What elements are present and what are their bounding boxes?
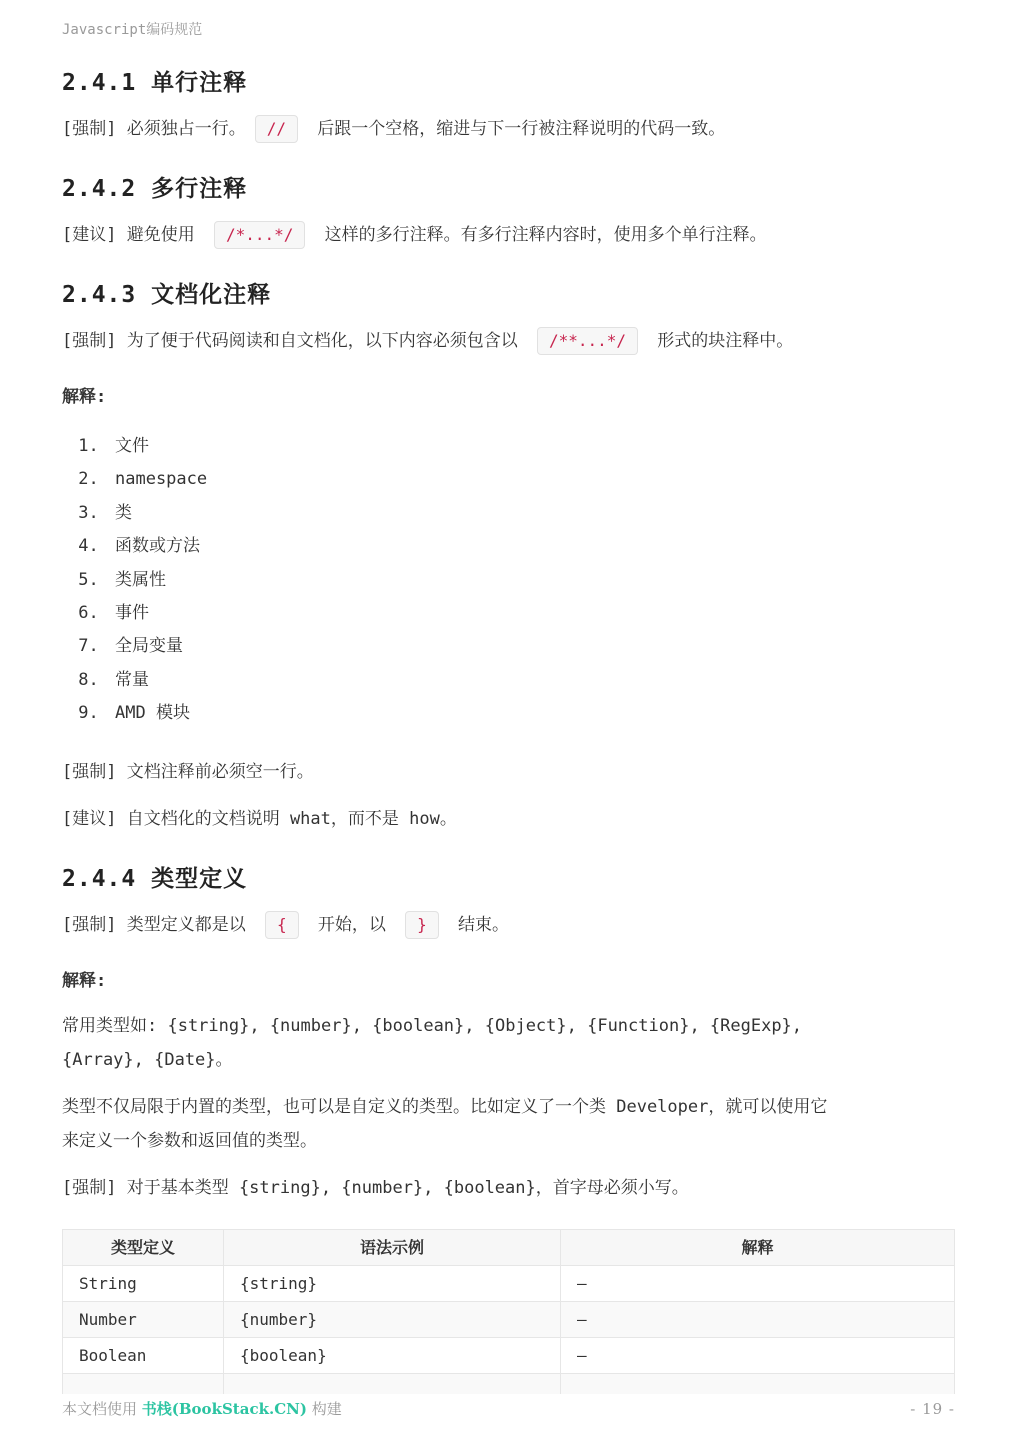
page: { "colors": { "accent_green": "#2cc4a2",… [0,0,1019,1440]
inline-code-slash-comment: // [255,115,298,143]
bookstack-link[interactable]: 书栈(BookStack.CN) [142,1400,307,1418]
table-row: Boolean {boolean} — [63,1337,955,1373]
table-row: Number {number} — [63,1301,955,1337]
table-header-cell: 类型定义 [63,1229,224,1265]
explain-label: 解释: [62,382,955,412]
table-header-cell: 语法示例 [224,1229,561,1265]
table-cell: {number} [224,1301,561,1337]
table-row-clipped [63,1373,955,1394]
paragraph-common-types: 常用类型如: {string}, {number}, {boolean}, {O… [62,1009,955,1077]
rule-text: 结束。 [448,915,509,935]
rule-text: [强制] 类型定义都是以 [62,915,256,935]
list-item: namespace [109,463,955,496]
table-header-row: 类型定义 语法示例 解释 [63,1229,955,1265]
paragraph-doc-comment: [强制] 为了便于代码阅读和自文档化，以下内容必须包含以 /**...*/ 形式… [62,324,955,358]
footer-suffix: 构建 [307,1400,342,1418]
list-item: 事件 [109,597,955,630]
paragraph-single-line-comment: [强制] 必须独占一行。// 后跟一个空格，缩进与下一行被注释说明的代码一致。 [62,112,955,146]
rule-text: [强制] 为了便于代码阅读和自文档化，以下内容必须包含以 [62,331,528,351]
section-heading-2-4-3: 2.4.3 文档化注释 [62,279,955,311]
inline-code-doc-comment: /**...*/ [537,327,638,355]
table-cell: — [561,1301,955,1337]
rule-text: 后跟一个空格，缩进与下一行被注释说明的代码一致。 [307,119,725,139]
paragraph-type-definition-rule: [强制] 类型定义都是以 { 开始，以 } 结束。 [62,908,955,942]
running-header: Javascript编码规范 [62,0,955,40]
explanation-list: 文件 namespace 类 函数或方法 类属性 事件 全局变量 常量 AMD … [62,430,955,731]
table-cell: Number [63,1301,224,1337]
inline-code-block-comment: /*...*/ [214,221,305,249]
type-definition-table: 类型定义 语法示例 解释 String {string} — Number {n… [62,1229,955,1394]
section-heading-2-4-4: 2.4.4 类型定义 [62,863,955,895]
table-cell: Boolean [63,1337,224,1373]
page-footer: 本文档使用 书栈(BookStack.CN) 构建 - 19 - [62,1398,955,1419]
table-cell: {boolean} [224,1337,561,1373]
page-content: Javascript编码规范 2.4.1 单行注释 [强制] 必须独占一行。//… [0,0,1019,1394]
footer-build-note: 本文档使用 书栈(BookStack.CN) 构建 [62,1398,342,1419]
rule-text: [强制] 必须独占一行。 [62,119,246,139]
paragraph-blank-line-rule: [强制] 文档注释前必须空一行。 [62,755,955,789]
footer-prefix: 本文档使用 [62,1400,142,1418]
list-item: 全局变量 [109,630,955,663]
list-item: 类 [109,497,955,530]
type-definition-table-wrap: 类型定义 语法示例 解释 String {string} — Number {n… [62,1229,955,1394]
inline-code-open-brace: { [265,911,299,939]
rule-text: 开始，以 [308,915,396,935]
list-item: 类属性 [109,564,955,597]
table-cell: String [63,1265,224,1301]
common-types-line1: 常用类型如: {string}, {number}, {boolean}, {O… [62,1016,802,1036]
paragraph-custom-types: 类型不仅局限于内置的类型，也可以是自定义的类型。比如定义了一个类 Develop… [62,1090,955,1158]
explain-label: 解释: [62,966,955,996]
table-cell: {string} [224,1265,561,1301]
list-item: 文件 [109,430,955,463]
paragraph-multi-line-comment: [建议] 避免使用 /*...*/ 这样的多行注释。有多行注释内容时，使用多个单… [62,218,955,252]
paragraph-lowercase-rule: [强制] 对于基本类型 {string}, {number}, {boolean… [62,1171,955,1205]
table-cell: — [561,1265,955,1301]
table-cell: — [561,1337,955,1373]
inline-code-close-brace: } [405,911,439,939]
paragraph-what-not-how: [建议] 自文档化的文档说明 what，而不是 how。 [62,802,955,836]
custom-types-line2: 来定义一个参数和返回值的类型。 [62,1131,317,1151]
section-heading-2-4-1: 2.4.1 单行注释 [62,67,955,99]
rule-text: 形式的块注释中。 [647,331,793,351]
table-row: String {string} — [63,1265,955,1301]
custom-types-line1: 类型不仅局限于内置的类型，也可以是自定义的类型。比如定义了一个类 Develop… [62,1097,827,1117]
rule-text: 这样的多行注释。有多行注释内容时，使用多个单行注释。 [314,225,766,245]
list-item: 函数或方法 [109,530,955,563]
table-cell [224,1373,561,1394]
common-types-line2: {Array}, {Date}。 [62,1050,233,1070]
table-header-cell: 解释 [561,1229,955,1265]
table-cell [561,1373,955,1394]
rule-text: [建议] 避免使用 [62,225,205,245]
page-number: - 19 - [910,1400,955,1418]
list-item: AMD 模块 [109,697,955,730]
table-cell [63,1373,224,1394]
section-heading-2-4-2: 2.4.2 多行注释 [62,173,955,205]
list-item: 常量 [109,664,955,697]
